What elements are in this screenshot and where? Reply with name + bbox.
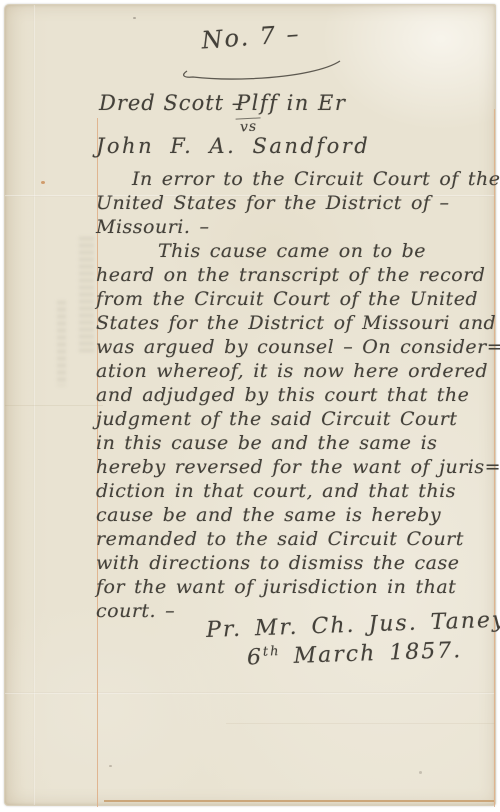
manuscript-line: This cause came on to be	[96, 239, 494, 263]
plaintiff-designation: Plff in Er	[236, 91, 346, 115]
manuscript-line: from the Circuit Court of the United	[96, 287, 494, 311]
horizontal-fold-crease	[5, 692, 495, 694]
manuscript-line: diction in that court, and that this	[96, 479, 494, 503]
docket-number: No. 7 –	[180, 18, 322, 56]
foxing-spot	[133, 17, 136, 19]
flourish-underline	[177, 57, 345, 83]
vertical-fold-crease	[33, 5, 35, 805]
versus-label: vs	[236, 117, 262, 135]
date-ordinal: th	[263, 644, 281, 660]
manuscript-line: and adjudged by this court that the	[96, 383, 494, 407]
photo-backdrop: No. 7 – Dred Scott – Plff in Er vs John …	[0, 0, 500, 812]
body-text: In error to the Circuit Court of theUnit…	[96, 167, 494, 623]
manuscript-line: cause be and the same is hereby	[96, 503, 494, 527]
foxing-spot	[419, 771, 422, 774]
manuscript-line: United States for the District of –	[96, 191, 494, 215]
date-line: 6th March 1857.	[247, 637, 488, 671]
manuscript-line: with directions to dismiss the case	[96, 551, 494, 575]
manuscript-line: remanded to the said Circuit Court	[96, 527, 494, 551]
manuscript-page: No. 7 – Dred Scott – Plff in Er vs John …	[4, 4, 496, 806]
defendant-name: John F. A. Sandford	[96, 134, 370, 158]
horizontal-fold-crease	[226, 723, 496, 724]
ink-bleedthrough-smudge	[79, 237, 94, 352]
manuscript-line: States for the District of Missouri and	[96, 311, 494, 335]
manuscript-line: in this cause be and the same is	[96, 431, 494, 455]
manuscript-line: judgment of the said Circuit Court	[96, 407, 494, 431]
manuscript-line: In error to the Circuit Court of the	[96, 167, 494, 191]
foxing-spot	[109, 765, 112, 767]
date-rest: March 1857.	[293, 638, 462, 669]
plaintiff-name: Dred Scott –	[99, 91, 243, 115]
manuscript-line: for the want of jurisdiction in that	[96, 575, 494, 599]
manuscript-line: was argued by counsel – On consider=	[96, 335, 494, 359]
margin-rule-bottom	[104, 800, 494, 802]
foxing-spot	[41, 181, 45, 184]
manuscript-line: ation whereof, it is now here ordered	[96, 359, 494, 383]
ink-bleedthrough-smudge	[57, 301, 66, 386]
manuscript-line: heard on the transcript of the record	[96, 263, 494, 287]
horizontal-fold-crease	[5, 405, 103, 406]
date-day: 6	[247, 645, 264, 671]
manuscript-line: Missouri. –	[96, 215, 494, 239]
manuscript-line: hereby reversed for the want of juris=	[96, 455, 494, 479]
case-caption: Dred Scott – Plff in Er	[5, 91, 495, 121]
